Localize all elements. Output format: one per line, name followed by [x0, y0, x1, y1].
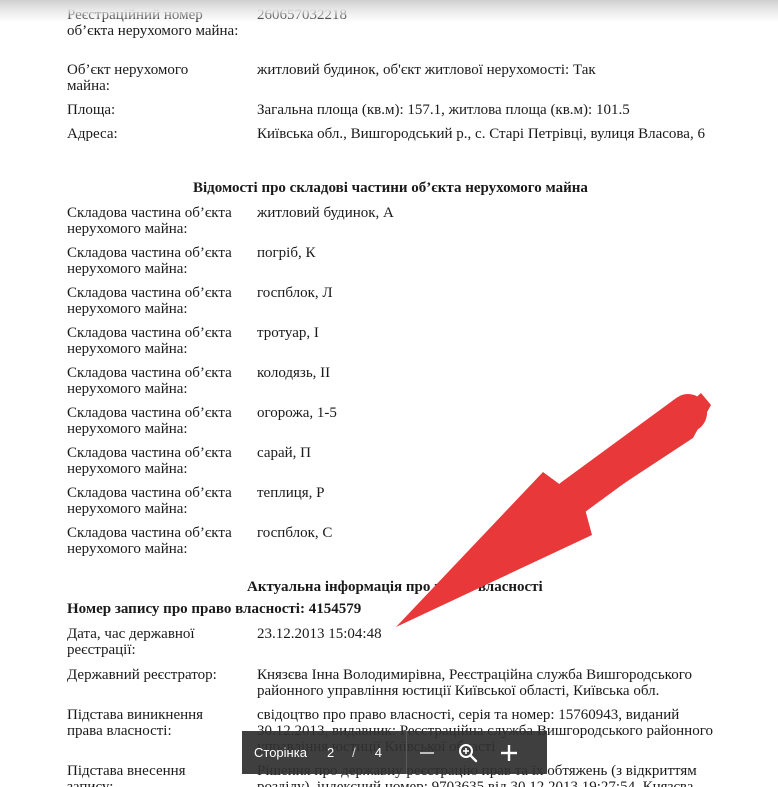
field-value: огорожа, 1-5 [257, 405, 737, 421]
field-value: Загальна площа (кв.м): 157.1, житлова пл… [257, 102, 737, 118]
field-label: Складова частина об’єкта нерухомого майн… [67, 405, 252, 437]
magnifier-plus-icon [458, 743, 478, 763]
field-value: погріб, К [257, 245, 737, 261]
field-label: Об’єкт нерухомого майна: [67, 62, 217, 94]
ownership-heading: Актуальна інформація про право власності [247, 579, 543, 595]
field-label: Адреса: [67, 126, 252, 142]
zoom-out-button[interactable] [412, 738, 442, 768]
field-label: Підстава внесення запису: [67, 763, 227, 787]
plus-icon [500, 744, 518, 762]
page-toolbar: Сторінка 2 / 4 [242, 731, 547, 774]
field-label: Складова частина об’єкта нерухомого майн… [67, 325, 252, 357]
page-separator: / [352, 745, 356, 760]
page-label: Сторінка [254, 745, 307, 760]
field-label: Площа: [67, 102, 252, 118]
field-value: колодязь, ІІ [257, 365, 737, 381]
field-label: Підстава виникнення права власності: [67, 707, 227, 739]
field-value: госпблок, С [257, 525, 737, 541]
zoom-in-button[interactable] [494, 738, 524, 768]
field-label: Дата, час державної реєстрації: [67, 626, 227, 658]
field-value: тротуар, І [257, 325, 737, 341]
field-label: Складова частина об’єкта нерухомого майн… [67, 365, 252, 397]
current-page-input[interactable]: 2 [327, 745, 334, 760]
field-label: Складова частина об’єкта нерухомого майн… [67, 285, 252, 317]
field-value: госпблок, Л [257, 285, 737, 301]
document-page: Реєстраційний номер об’єкта нерухомого м… [0, 0, 778, 787]
field-value: Князєва Інна Володимирівна, Реєстраційна… [257, 667, 737, 699]
field-value: Київська обл., Вишгородський р., с. Стар… [257, 126, 742, 142]
field-label: Складова частина об’єкта нерухомого майн… [67, 205, 252, 237]
field-label: Державний реєстратор: [67, 667, 252, 683]
toolbar-divider [406, 731, 407, 774]
field-value: сарай, П [257, 445, 737, 461]
field-value: житловий будинок, об'єкт житлової нерухо… [257, 62, 737, 78]
ownership-record-title: Номер запису про право власності: 415457… [67, 601, 361, 617]
minus-icon [419, 745, 435, 761]
total-pages: 4 [375, 745, 382, 760]
field-label: Складова частина об’єкта нерухомого майн… [67, 445, 252, 477]
viewer-top-shadow [0, 0, 778, 22]
field-label: Складова частина об’єкта нерухомого майн… [67, 485, 252, 517]
field-label: Складова частина об’єкта нерухомого майн… [67, 245, 252, 277]
field-value: 23.12.2013 15:04:48 [257, 626, 737, 642]
field-value: теплиця, Р [257, 485, 737, 501]
zoom-fit-button[interactable] [453, 738, 483, 768]
field-value: житловий будинок, А [257, 205, 737, 221]
components-heading: Відомості про складові частини об’єкта н… [193, 180, 588, 196]
field-label: Складова частина об’єкта нерухомого майн… [67, 525, 252, 557]
